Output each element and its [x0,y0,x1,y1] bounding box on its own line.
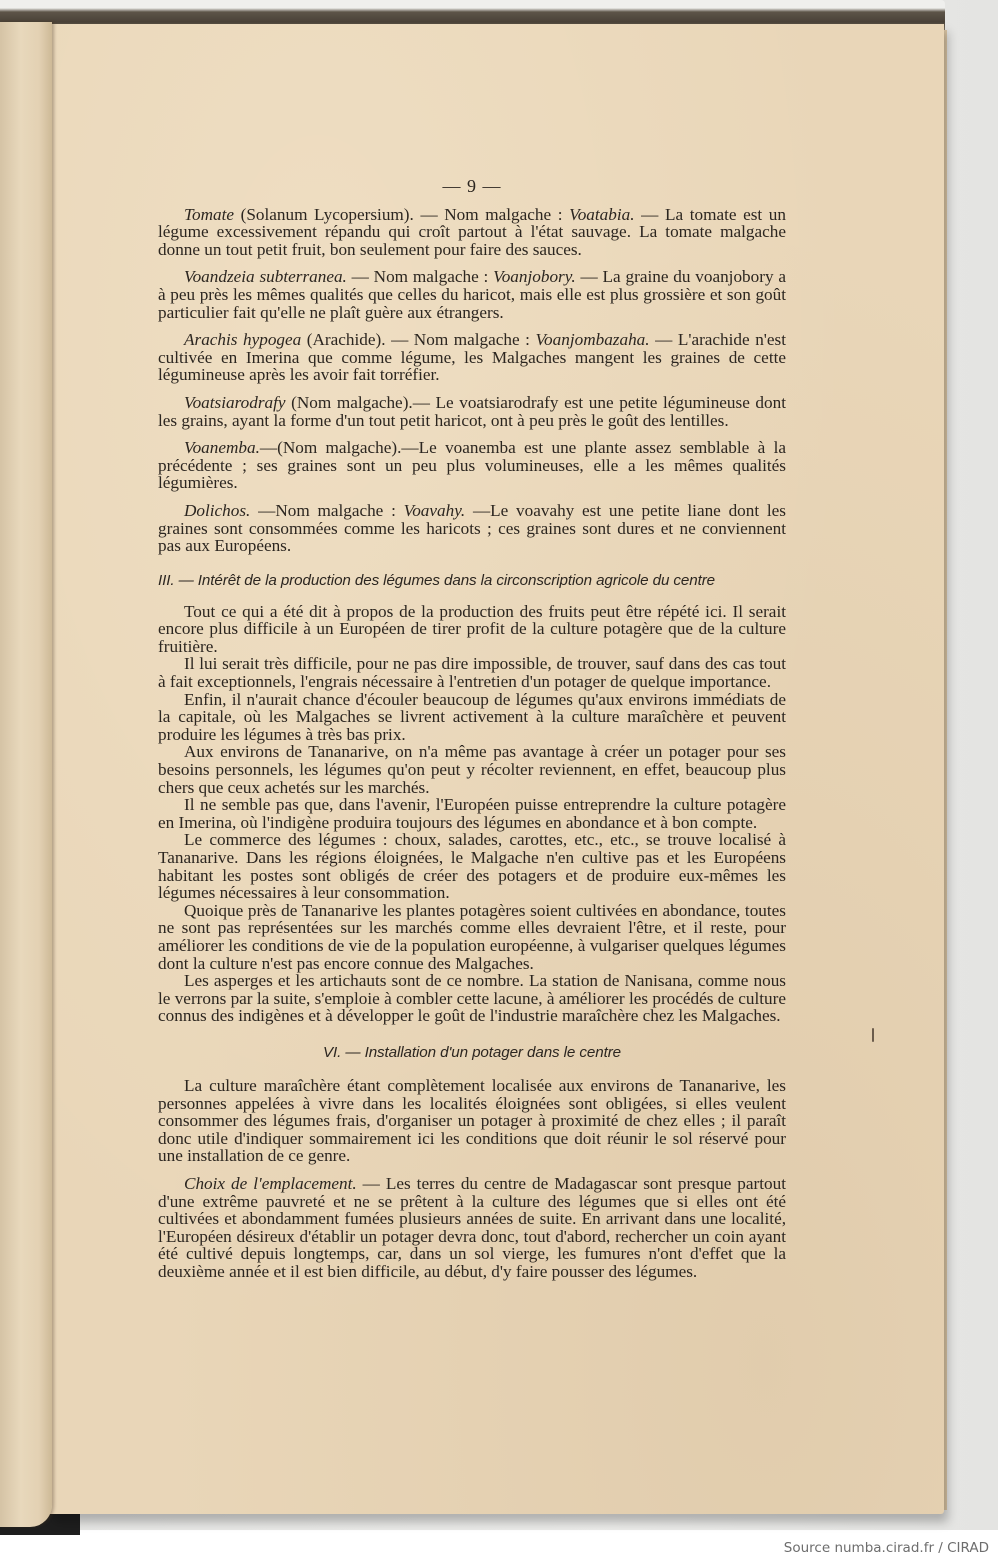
paragraph: Enfin, il n'aurait chance d'écouler beau… [158,691,786,744]
species-name: Arachis hypogea [184,330,301,349]
paragraph-tomate: Tomate (Solanum Lycopersium). — Nom malg… [158,206,786,259]
page-number: — 9 — [158,178,786,196]
species-name: Voanemba. [184,438,260,457]
paragraph: Les asperges et les artichauts sont de c… [158,972,786,1025]
paragraph: Quoique près de Tananarive les plantes p… [158,902,786,972]
malagasy-name: Voatabia. [569,205,634,224]
paragraph-voanemba: Voanemba.—(Nom malgache).—Le voanemba es… [158,439,786,492]
paragraph-arachis: Arachis hypogea (Arachide). — Nom malgac… [158,331,786,384]
source-credit: Source numba.cirad.fr / CIRAD [784,1540,989,1556]
species-name: Voandzeia subterranea. [184,267,347,286]
page-text: — 9 — Tomate (Solanum Lycopersium). — No… [158,178,786,1290]
paragraph-voandzeia: Voandzeia subterranea. — Nom malgache : … [158,268,786,321]
paragraph-installation-intro: La culture maraîchère étant complètement… [158,1077,786,1165]
subsection-title: Choix de l'emplacement. [184,1174,357,1193]
paragraph: Tout ce qui a été dit à propos de la pro… [158,603,786,656]
paragraph-choix-emplacement: Choix de l'emplacement. — Les terres du … [158,1175,786,1281]
malagasy-name: Voavahy. [404,501,466,520]
species-name: Voatsiarodrafy [184,393,286,412]
paragraph-dolichos: Dolichos. —Nom malgache : Voavahy. —Le v… [158,502,786,555]
margin-pencil-mark [872,1028,874,1042]
paragraph-voatsiarodrafy: Voatsiarodrafy (Nom malgache).— Le voats… [158,394,786,429]
malagasy-name: Voanjobory. [493,267,576,286]
malagasy-name: Voanjombazaha. [535,330,649,349]
section-heading-vi: VI. — Installation d'un potager dans le … [158,1043,786,1063]
paragraph: Il ne semble pas que, dans l'avenir, l'E… [158,796,786,831]
paragraph: Il lui serait très difficile, pour ne pa… [158,655,786,690]
paragraph: Aux environs de Tananarive, on n'a même … [158,743,786,796]
left-page-fold [0,22,52,1527]
section-heading-iii: III. — Intérêt de la production des légu… [158,571,786,591]
species-name: Dolichos. [184,501,250,520]
species-name: Tomate [184,205,234,224]
paragraph: Le commerce des légumes : choux, salades… [158,831,786,901]
